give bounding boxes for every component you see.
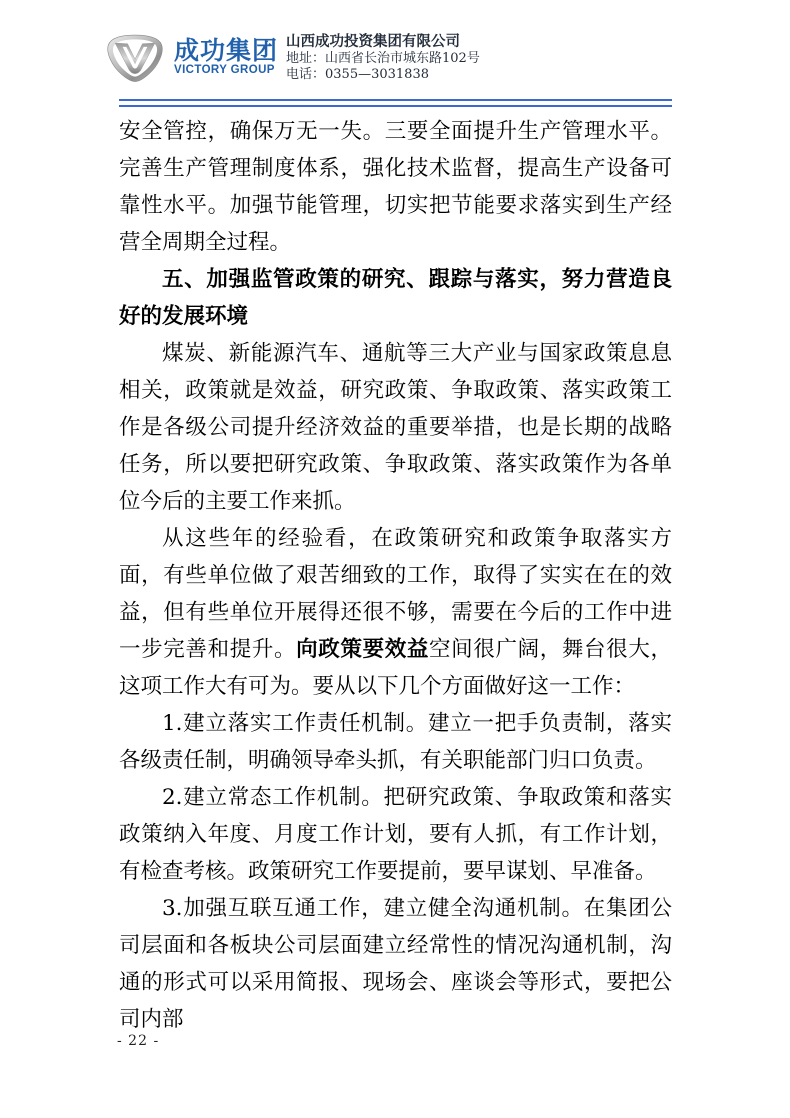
text-run: 1.建立落实工作责任机制。建立一把手负责制，落实各级责任制，明确领导牵头抓，有关…: [119, 711, 672, 773]
page-footer: - 22 -: [117, 1033, 159, 1049]
body-paragraph: 1.建立落实工作责任机制。建立一把手负责制，落实各级责任制，明确领导牵头抓，有关…: [119, 705, 672, 779]
company-address: 地址：山西省长治市城东路102号: [286, 51, 480, 68]
company-phone: 电话：0355—3031838: [286, 67, 480, 84]
text-run: 煤炭、新能源汽车、通航等三大产业与国家政策息息相关，政策就是效益，研究政策、争取…: [119, 341, 672, 514]
page-number: - 22 -: [117, 1033, 159, 1049]
company-name: 山西成功投资集团有限公司: [286, 33, 480, 51]
company-info: 山西成功投资集团有限公司 地址：山西省长治市城东路102号 电话：0355—30…: [286, 33, 480, 84]
document-body: 安全管控，确保万无一失。三要全面提升生产管理水平。完善生产管理制度体系，强化技术…: [119, 113, 672, 1038]
text-run: 3.加强互联互通工作，建立健全沟通机制。在集团公司层面和各板块公司层面建立经常性…: [119, 896, 672, 1032]
body-paragraph: 3.加强互联互通工作，建立健全沟通机制。在集团公司层面和各板块公司层面建立经常性…: [119, 890, 672, 1038]
body-paragraph: 2.建立常态工作机制。把研究政策、争取政策和落实政策纳入年度、月度工作计划，要有…: [119, 779, 672, 890]
logo-chinese-name: 成功集团: [174, 39, 276, 64]
text-run: 2.建立常态工作机制。把研究政策、争取政策和落实政策纳入年度、月度工作计划，要有…: [119, 785, 672, 884]
logo-english-name: VICTORY GROUP: [174, 64, 276, 77]
section-heading: 五、加强监管政策的研究、跟踪与落实，努力营造良好的发展环境: [119, 261, 672, 335]
body-paragraph: 从这些年的经验看，在政策研究和政策争取落实方面，有些单位做了艰苦细致的工作，取得…: [119, 520, 672, 705]
logo-wordmark: 成功集团 VICTORY GROUP: [174, 39, 276, 77]
bold-text-run: 向政策要效益: [296, 637, 429, 662]
text-run: 安全管控，确保万无一失。三要全面提升生产管理水平。完善生产管理制度体系，强化技术…: [119, 119, 672, 255]
document-page: 成功集团 VICTORY GROUP 山西成功投资集团有限公司 地址：山西省长治…: [0, 0, 790, 1118]
letterhead: 成功集团 VICTORY GROUP 山西成功投资集团有限公司 地址：山西省长治…: [104, 32, 480, 84]
body-paragraph: 安全管控，确保万无一失。三要全面提升生产管理水平。完善生产管理制度体系，强化技术…: [119, 113, 672, 261]
header-divider-rule: [119, 99, 672, 107]
body-paragraph: 煤炭、新能源汽车、通航等三大产业与国家政策息息相关，政策就是效益，研究政策、争取…: [119, 335, 672, 520]
bold-text-run: 五、加强监管政策的研究、跟踪与落实，努力营造良好的发展环境: [119, 267, 672, 329]
victory-badge-icon: [104, 32, 166, 84]
